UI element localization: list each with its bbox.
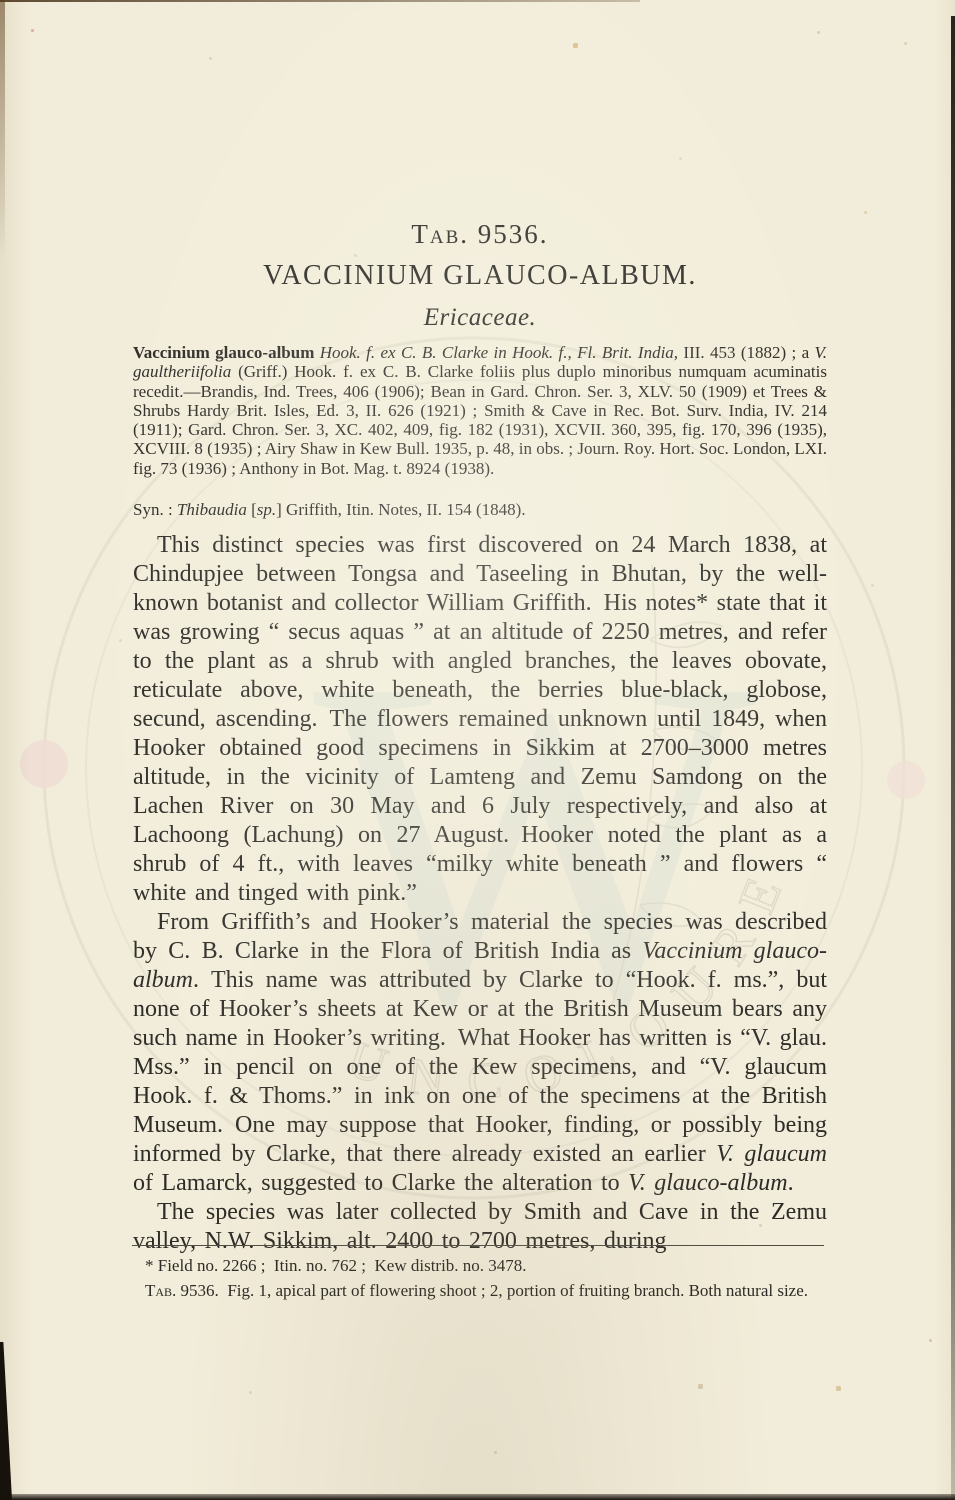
scan-edge-left-top [0, 0, 5, 260]
scanned-document-page: W UNCOLOURED Tab. 9536. VACCINIUM GLAUCO… [0, 0, 955, 1500]
text-segment: [ [247, 500, 257, 519]
scan-edge-right [951, 16, 955, 1500]
figure-caption: Tab. 9536. Fig. 1, apical part of flower… [132, 1280, 824, 1302]
footnote-rule [132, 1245, 824, 1246]
footnotes: * Field no. 2266 ; Itin. no. 762 ; Kew d… [132, 1255, 824, 1301]
page-title: VACCINIUM GLAUCO-ALBUM. [133, 260, 827, 292]
text-segment: Fig. 1, apical part of flowering shoot ;… [219, 1281, 808, 1300]
text-segment: Vaccinium glauco-album [133, 343, 320, 362]
tab-number: Tab. 9536. [133, 219, 827, 250]
nomenclature-citation: Vaccinium glauco-album Hook. f. ex C. B.… [133, 343, 827, 478]
page-content: Tab. 9536. VACCINIUM GLAUCO-ALBUM. Erica… [0, 0, 955, 1500]
text-segment: ] Griffith, Itin. Notes, II. 154 (1848). [276, 500, 525, 519]
body-paragraph-1: This distinct species was first discover… [133, 531, 827, 908]
footnote-block: * Field no. 2266 ; Itin. no. 762 ; Kew d… [132, 1245, 824, 1304]
text-segment: V. glauco-album [628, 1170, 787, 1196]
text-segment: of Lamarck, suggested to Clarke the alte… [133, 1170, 628, 1196]
family-name: Ericaceae. [133, 304, 827, 332]
body-text: This distinct species was first discover… [133, 531, 827, 1256]
field-number-footnote: * Field no. 2266 ; Itin. no. 762 ; Kew d… [132, 1255, 824, 1277]
text-segment: (Griff.) Hook. f. ex C. B. Clarke foliis… [133, 362, 827, 477]
synonymy-line: Syn. : Thibaudia [sp.] Griffith, Itin. N… [133, 500, 827, 520]
text-segment: Hook. f. ex C. B. Clarke in Hook. f., Fl… [320, 343, 678, 362]
text-segment: Syn. : [133, 500, 177, 519]
plate-header: Tab. 9536. VACCINIUM GLAUCO-ALBUM. Erica… [133, 219, 827, 332]
text-segment: Tab. 9536. [145, 1281, 219, 1300]
text-segment: sp. [257, 500, 276, 519]
text-segment: . [788, 1170, 794, 1196]
body-paragraph-2: From Griffith’s and Hooker’s material th… [133, 908, 827, 1198]
text-segment: III. 453 (1882) ; a [678, 343, 815, 362]
scan-edge-top [0, 0, 640, 2]
text-segment: V. glaucum [716, 1141, 827, 1167]
text-segment: Thibaudia [177, 500, 247, 519]
text-segment: This distinct species was first discover… [133, 532, 827, 906]
scan-edge-bottom [0, 1494, 955, 1500]
text-segment: . This name was attributed by Clarke to … [133, 967, 827, 1167]
